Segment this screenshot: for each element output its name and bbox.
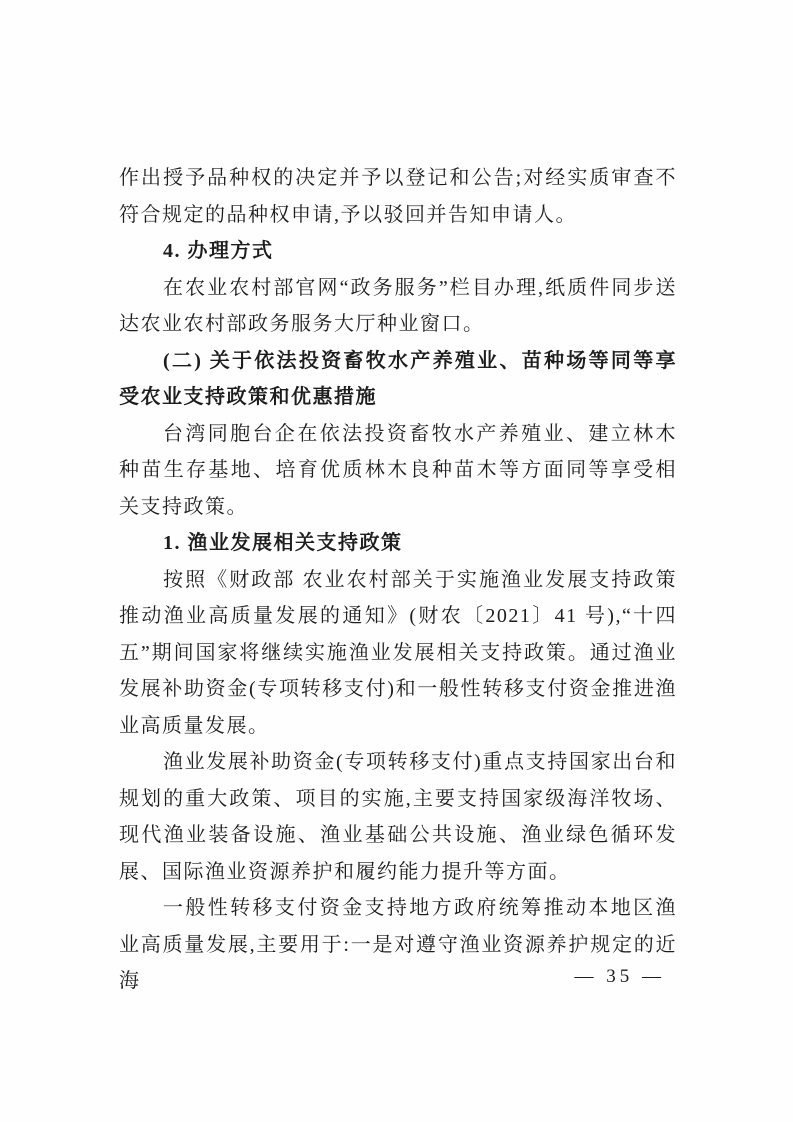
paragraph-handling-channel: 在农业农村部官网“政务服务”栏目办理,纸质件同步送达农业农村部政务服务大厅种业窗… <box>119 270 677 343</box>
paragraph-variety-rights-decision: 作出授予品种权的决定并予以登记和公告;对经实质审查不符合规定的品种权申请,予以驳… <box>119 160 677 233</box>
page-number: — 35 — <box>575 966 666 988</box>
paragraph-subsidy-fund: 渔业发展补助资金(专项转移支付)重点支持国家出台和规划的重大政策、项目的实施,主… <box>119 744 677 890</box>
paragraph-fishery-notice: 按照《财政部 农业农村部关于实施渔业发展支持政策推动渔业高质量发展的通知》(财农… <box>119 562 677 745</box>
heading-section-two: (二) 关于依法投资畜牧水产养殖业、苗种场等同等享受农业支持政策和优惠措施 <box>119 343 677 416</box>
paragraph-taiwan-investment: 台湾同胞台企在依法投资畜牧水产养殖业、建立林木种苗生存基地、培育优质林木良种苗木… <box>119 416 677 526</box>
document-page: 作出授予品种权的决定并予以登记和公告;对经实质审查不符合规定的品种权申请,予以驳… <box>0 0 793 1122</box>
heading-handling-method: 4. 办理方式 <box>119 233 677 270</box>
document-body: 作出授予品种权的决定并予以登记和公告;对经实质审查不符合规定的品种权申请,予以驳… <box>119 160 677 1000</box>
heading-fishery-policy: 1. 渔业发展相关支持政策 <box>119 525 677 562</box>
